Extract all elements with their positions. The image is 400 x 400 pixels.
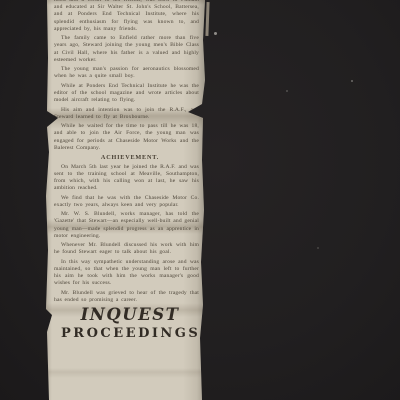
dust-speck (317, 247, 319, 249)
inquest-headline: INQUEST (54, 306, 199, 324)
article-paragraph: hood and a credit to his friends, was bo… (54, 0, 199, 33)
photo-background: hood and a credit to his friends, was bo… (0, 0, 400, 400)
article-paragraph: Whenever Mr. Blundell discussed his work… (54, 242, 199, 256)
article-paragraph: On March 5th last year he joined the R.A… (54, 164, 199, 193)
newspaper-clipping: hood and a credit to his friends, was bo… (45, 0, 207, 400)
achievement-subheading: ACHIEVEMENT. (54, 154, 199, 161)
dust-speck (351, 80, 353, 82)
article-paragraph: The family came to Enfield rather more t… (54, 35, 199, 64)
article-column: hood and a credit to his friends, was bo… (45, 0, 207, 400)
article-paragraph: While he waited for the time to pass til… (54, 123, 199, 152)
inquest-headline-second-line: PROCEEDINGS (54, 327, 199, 341)
article-paragraph: In this way sympathetic understanding ar… (54, 259, 199, 288)
article-paragraph: We find that he was with the Chaseside M… (54, 195, 199, 209)
paper-edge-sliver (205, 2, 209, 36)
article-paragraph: Mr. Blundell was grieved to hear of the … (54, 290, 199, 304)
article-paragraph: The young man's passion for aeronautics … (54, 66, 199, 80)
dust-speck (214, 32, 217, 35)
article-paragraph: His aim and intention was to join the R.… (54, 107, 199, 121)
article-paragraph: Mr. W. S. Blundell, works manager, has t… (54, 211, 199, 240)
dust-speck (286, 90, 288, 92)
article-paragraph: While at Ponders End Technical Institute… (54, 83, 199, 105)
